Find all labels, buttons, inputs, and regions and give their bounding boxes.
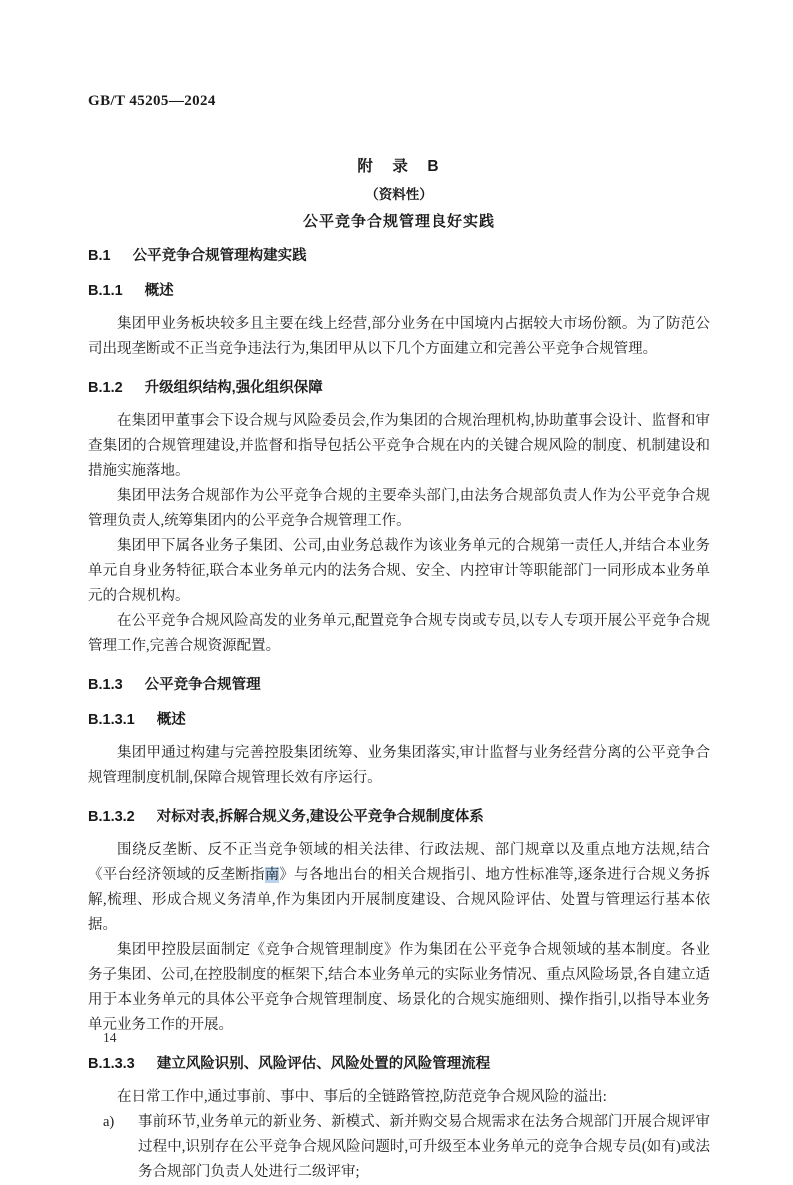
section-heading-b133: B.1.3.3建立风险识别、风险评估、风险处置的风险管理流程: [88, 1052, 710, 1073]
section-title: 概述: [145, 283, 174, 299]
section-title: 建立风险识别、风险评估、风险处置的风险管理流程: [157, 1056, 491, 1072]
section-heading-b131: B.1.3.1概述: [88, 708, 710, 729]
section-heading-b12: B.1.2升级组织结构,强化组织保障: [88, 376, 710, 397]
section-number: B.1.3.2: [88, 809, 135, 825]
paragraph: 集团甲下属各业务子集团、公司,由业务总裁作为该业务单元的合规第一责任人,并结合本…: [88, 534, 710, 609]
list-marker: a): [103, 1110, 138, 1185]
section-number: B.1.2: [88, 380, 123, 396]
paragraph: 集团甲法务合规部作为公平竞争合规的主要牵头部门,由法务合规部负责人作为公平竞争合…: [88, 484, 710, 534]
appendix-title: 公平竞争合规管理良好实践: [88, 210, 710, 231]
list-text: 事前环节,业务单元的新业务、新模式、新并购交易合规需求在法务合规部门开展合规评审…: [138, 1110, 710, 1185]
section-number: B.1: [88, 248, 111, 264]
section-number: B.1.1: [88, 283, 123, 299]
paragraph: 在日常工作中,通过事前、事中、事后的全链路管控,防范竞争合规风险的溢出:: [88, 1085, 710, 1110]
section-heading-b1: B.1公平竞争合规管理构建实践: [88, 244, 710, 265]
list-item-a: a) 事前环节,业务单元的新业务、新模式、新并购交易合规需求在法务合规部门开展合…: [88, 1110, 710, 1185]
appendix-label: 附 录 B: [88, 154, 710, 176]
page-number: 14: [103, 1030, 117, 1046]
section-title: 升级组织结构,强化组织保障: [145, 380, 323, 396]
appendix-title-block: 附 录 B （资料性） 公平竞争合规管理良好实践: [88, 154, 710, 231]
paragraph: 集团甲通过构建与完善控股集团统筹、业务集团落实,审计监督与业务经营分离的公平竞争…: [88, 741, 710, 791]
paragraph: 集团甲业务板块较多且主要在线上经营,部分业务在中国境内占据较大市场份额。为了防范…: [88, 312, 710, 362]
section-heading-b11: B.1.1概述: [88, 279, 710, 300]
paragraph: 在集团甲董事会下设合规与风险委员会,作为集团的合规治理机构,协助董事会设计、监督…: [88, 409, 710, 484]
document-page: GB/T 45205—2024 附 录 B （资料性） 公平竞争合规管理良好实践…: [0, 0, 793, 1122]
section-number: B.1.3.1: [88, 712, 135, 728]
section-heading-b132: B.1.3.2对标对表,拆解合规义务,建设公平竞争合规制度体系: [88, 805, 710, 826]
standard-number: GB/T 45205—2024: [88, 93, 710, 110]
section-title: 概述: [157, 712, 186, 728]
section-number: B.1.3: [88, 677, 123, 693]
paragraph: 在公平竞争合规风险高发的业务单元,配置竞争合规专岗或专员,以专人专项开展公平竞争…: [88, 609, 710, 659]
section-title: 对标对表,拆解合规义务,建设公平竞争合规制度体系: [157, 809, 484, 825]
highlighted-text: 南: [265, 867, 280, 883]
paragraph: 集团甲控股层面制定《竞争合规管理制度》作为集团在公平竞争合规领域的基本制度。各业…: [88, 938, 710, 1038]
section-title: 公平竞争合规管理: [145, 677, 261, 693]
appendix-informative-note: （资料性）: [88, 183, 710, 203]
section-number: B.1.3.3: [88, 1056, 135, 1072]
section-heading-b13: B.1.3公平竞争合规管理: [88, 673, 710, 694]
section-title: 公平竞争合规管理构建实践: [133, 248, 307, 264]
paragraph: 围绕反垄断、反不正当竞争领域的相关法律、行政法规、部门规章以及重点地方法规,结合…: [88, 838, 710, 938]
